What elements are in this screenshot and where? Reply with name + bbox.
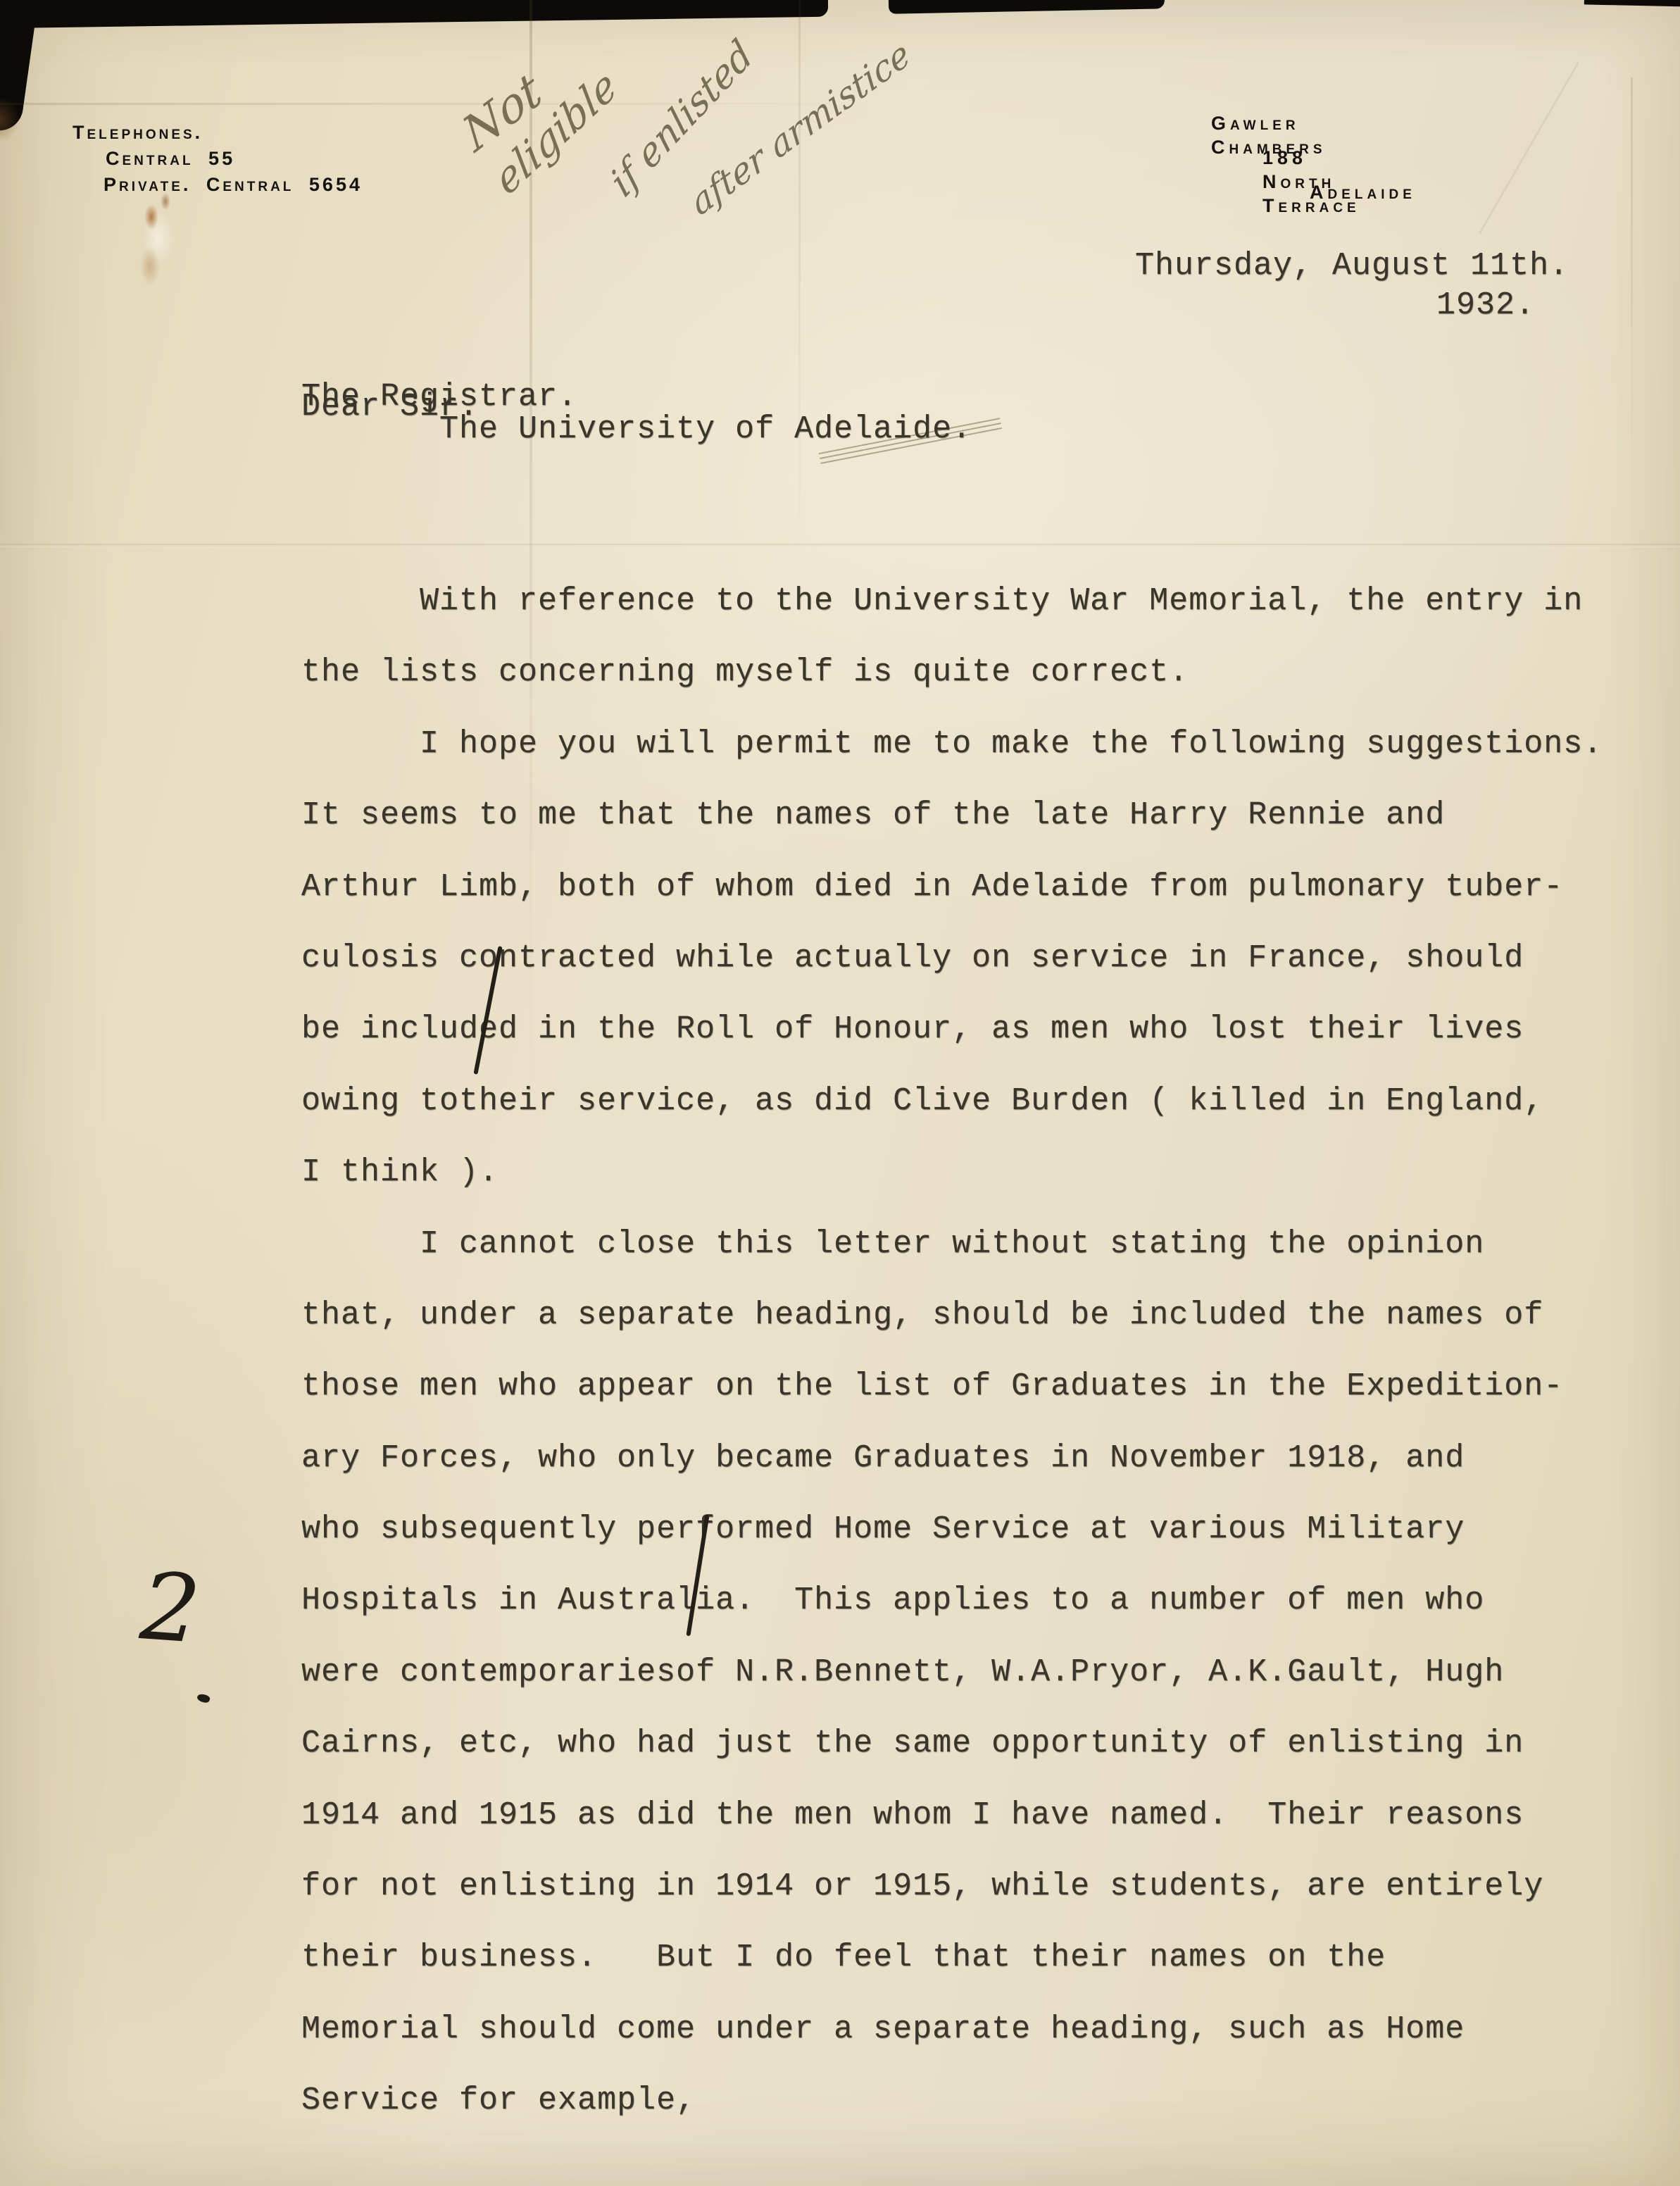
letter-date-year: 1932. [1436,287,1535,324]
letter-body-line: Hospitals in Australia. This applies to … [301,1565,1603,1636]
scan-edge-top-mid [889,0,1165,14]
salutation: Dear Sir. [301,389,479,425]
handwritten-margin-numeral: 2 [137,1560,203,1657]
letter-body-line: the lists concerning myself is quite cor… [301,637,1603,708]
letter-body-line: their business. But I do feel that their… [301,1922,1603,1993]
letter-body-line: those men who appear on the list of Grad… [301,1351,1603,1422]
handwritten-margin-dot [196,1692,211,1704]
letterhead-line: Central 55 [106,146,363,172]
letter-date: Thursday, August 11th. [1135,248,1569,285]
letterhead-line: Private. Central 5654 [104,172,363,198]
letter-body-line: I think ). [301,1137,1603,1208]
letter-body-line: It seems to me that the names of the lat… [301,780,1603,851]
letter-body-line: be included in the Roll of Honour, as me… [301,994,1603,1065]
letter-body-line: that, under a separate heading, should b… [301,1280,1603,1351]
paper-crease-vertical [1631,77,1633,500]
letter-body-line: I hope you will permit me to make the fo… [301,708,1603,780]
letter-body-line: Cairns, etc, who had just the same oppor… [301,1708,1603,1779]
letter-body: With reference to the University War Mem… [301,458,1603,2137]
letterhead-line: Adelaide [1310,180,1416,204]
letterhead-line: Gawler Chambers [1211,111,1327,135]
letterhead-line: 188 North Terrace [1262,146,1360,170]
letter-body-line: Service for example, [301,2065,1603,2136]
letter-body-line: for not enlisting in 1914 or 1915, while… [301,1851,1603,1922]
letter-body-line: With reference to the University War Mem… [301,566,1603,637]
scan-edge-top-right [1584,0,1680,7]
letter-body-line: 1914 and 1915 as did the men whom I have… [301,1780,1603,1851]
letter-body-line: Memorial should come under a separate he… [301,1994,1603,2065]
paper-stain-edge [0,99,18,141]
letter-page: Telephones.Central 55Private. Central 56… [0,0,1680,2186]
letter-body-line: were contemporariesof N.R.Bennett, W.A.P… [301,1637,1603,1708]
letter-body-line: I cannot close this letter without stati… [301,1208,1603,1280]
letter-body-line: Arthur Limb, both of whom died in Adelai… [301,851,1603,923]
paper-crease-diagonal [1479,62,1579,234]
scan-edge-top [0,0,828,28]
paper-stain [123,189,201,316]
letter-body-line: owing totheir service, as did Clive Burd… [301,1066,1603,1137]
letterhead-line: Telephones. [73,120,363,146]
letter-body-line: who subsequently performed Home Service … [301,1494,1603,1565]
letter-body-line: ary Forces, who only became Graduates in… [301,1423,1603,1494]
letterhead-telephones: Telephones.Central 55Private. Central 56… [73,120,363,198]
